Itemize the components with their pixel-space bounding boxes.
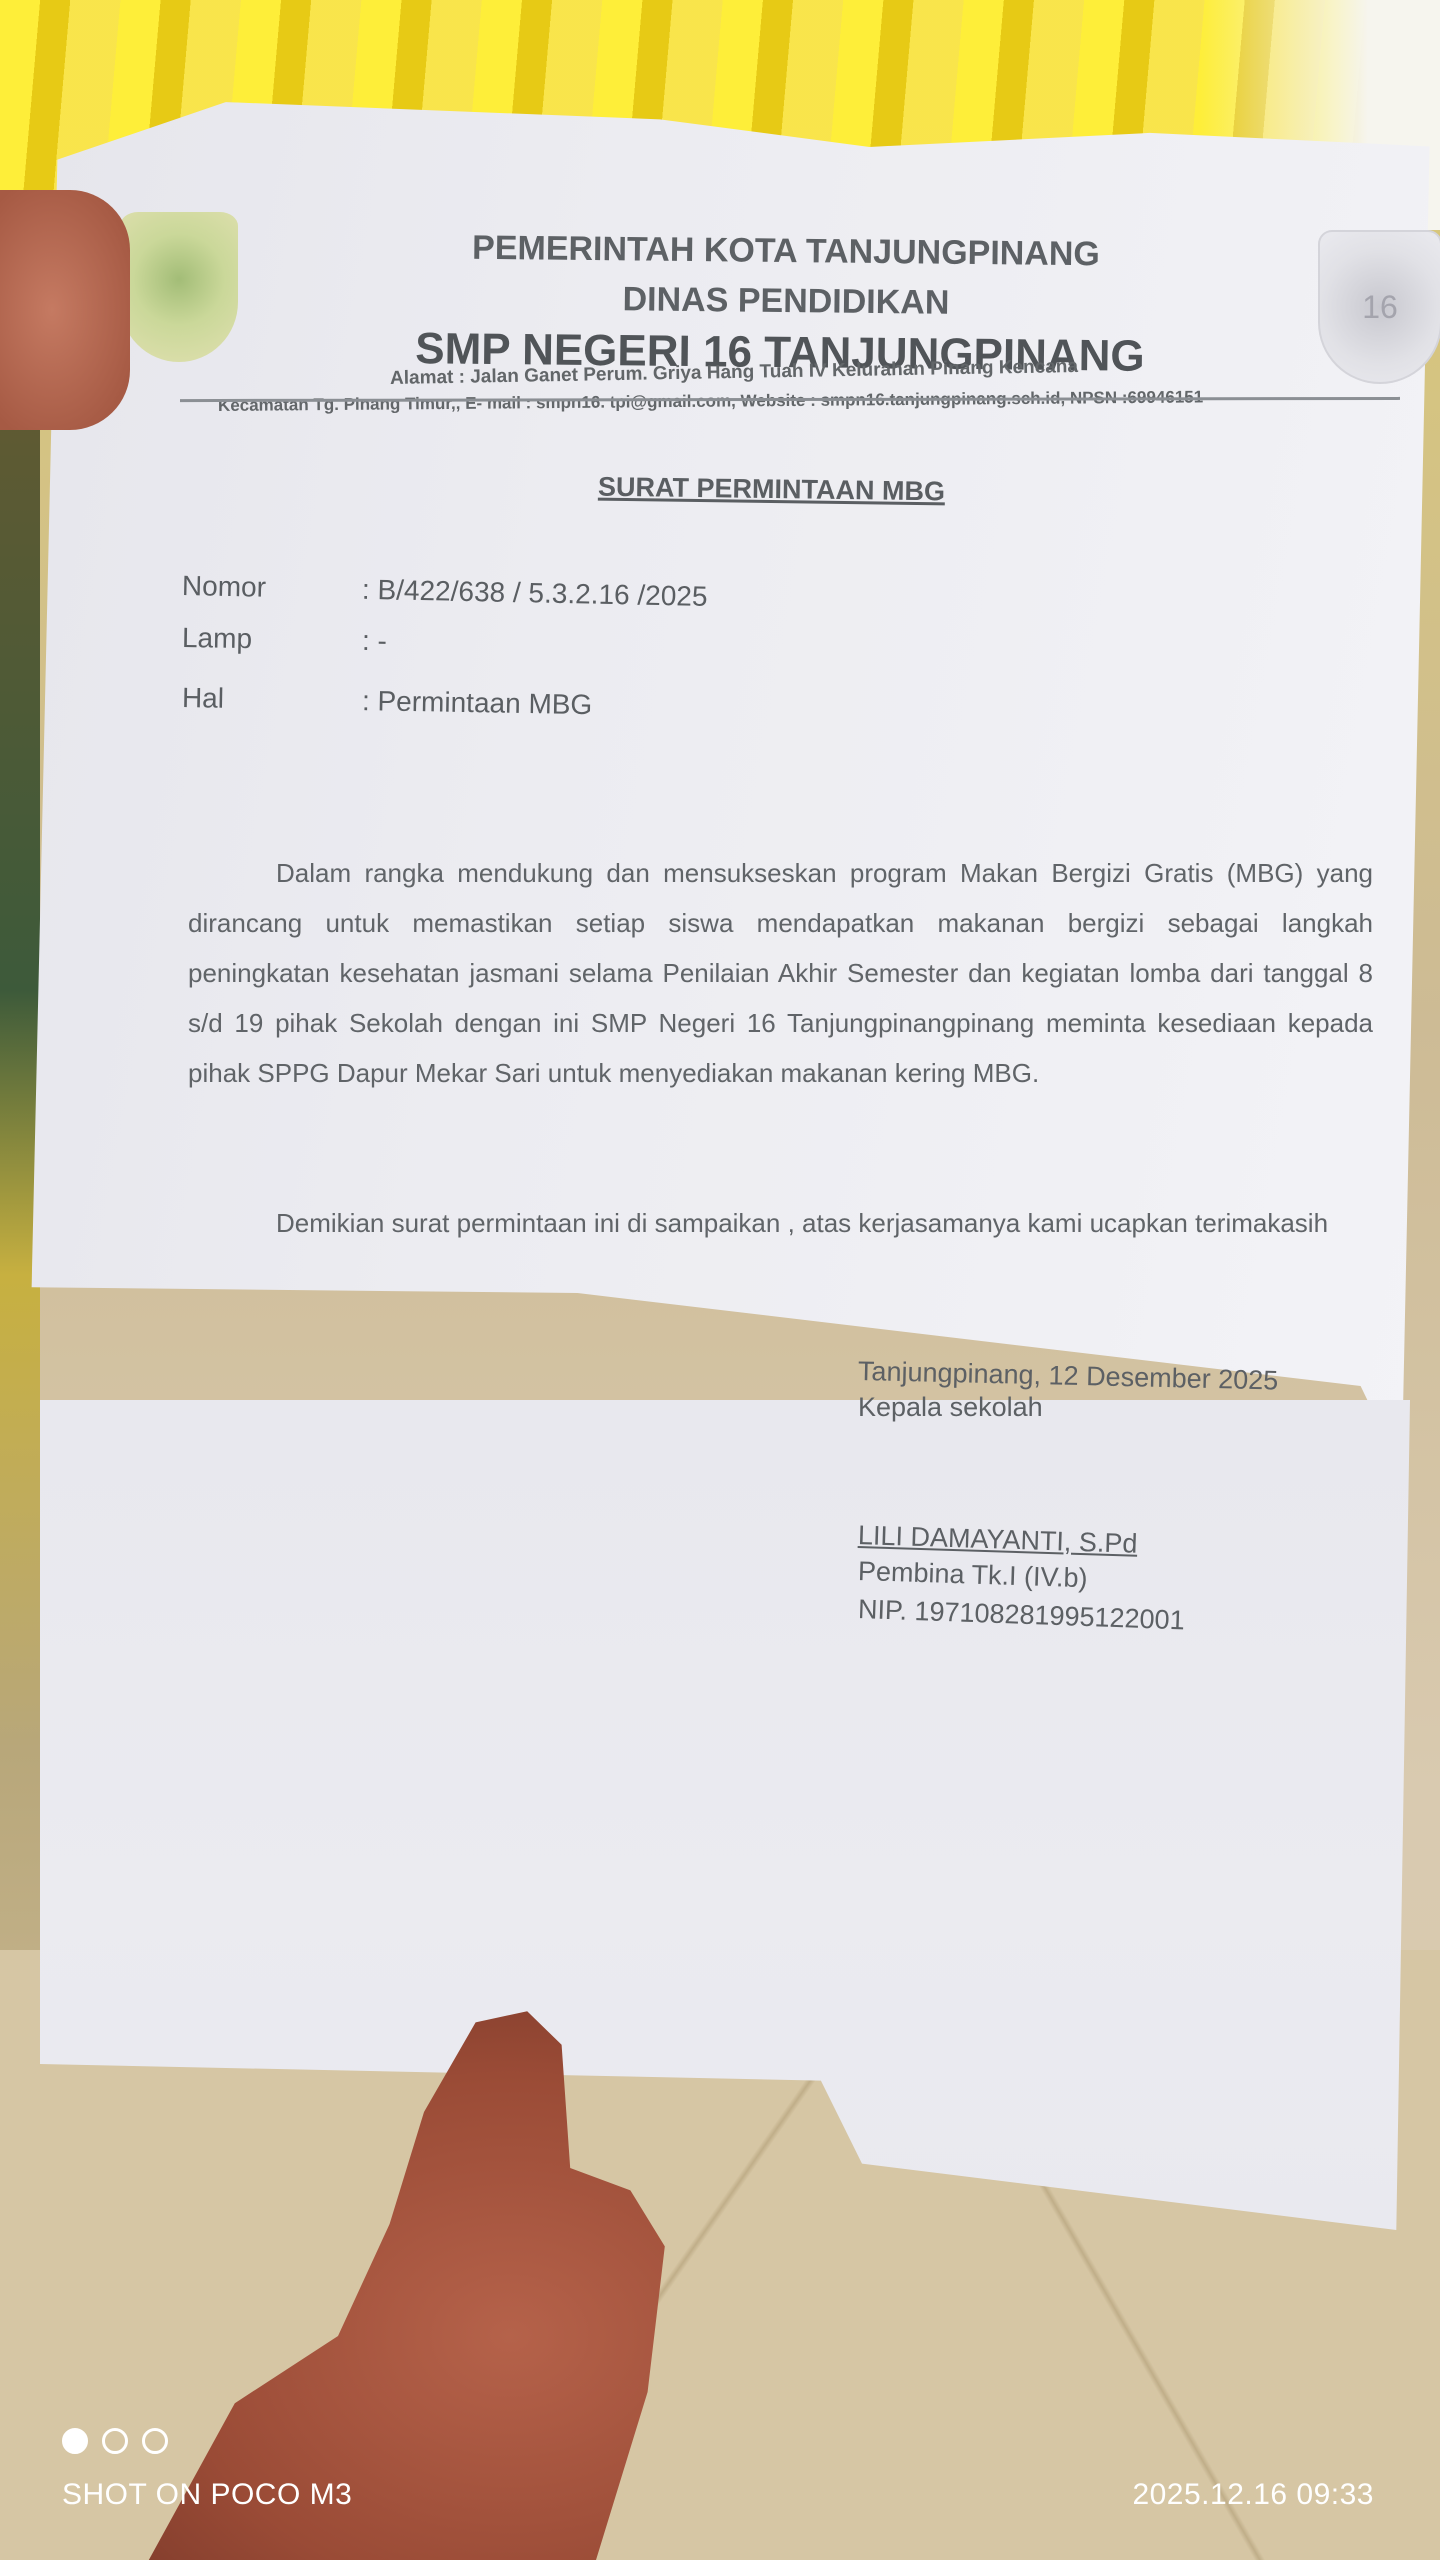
signature-place-date: Tanjungpinang, 12 Desember 2025 xyxy=(858,1356,1279,1397)
signature-nip: NIP. 197108281995122001 xyxy=(857,1594,1185,1636)
letter-document: 16 PEMERINTAH KOTA TANJUNGPINANG DINAS P… xyxy=(0,0,1440,2560)
meta-row-hal: Hal: Permintaan MBG xyxy=(182,682,593,721)
letter-title: SURAT PERMINTAAN MBG xyxy=(598,472,945,508)
signature-rank: Pembina Tk.I (IV.b) xyxy=(858,1556,1088,1594)
meta-label: Hal xyxy=(182,682,363,717)
signature-name: LILI DAMAYANTI, S.Pd xyxy=(858,1520,1138,1560)
letterhead-government: PEMERINTAH KOTA TANJUNGPINANG xyxy=(66,224,1440,278)
dot-filled-icon xyxy=(62,2428,88,2454)
body-paragraph-2-text: Demikian surat permintaan ini di sampaik… xyxy=(276,1208,1328,1238)
thumb-holding-paper xyxy=(0,190,130,430)
camera-watermark-timestamp: 2025.12.16 09:33 xyxy=(1132,2478,1374,2512)
meta-row-lamp: Lamp: - xyxy=(182,622,387,657)
signature-position: Kepala sekolah xyxy=(858,1392,1043,1423)
dot-outline-icon xyxy=(142,2428,168,2454)
body-paragraph-2: Demikian surat permintaan ini di sampaik… xyxy=(188,1198,1373,1248)
meta-value: : Permintaan MBG xyxy=(362,685,593,720)
meta-value: : - xyxy=(362,625,387,656)
meta-label: Nomor xyxy=(182,570,363,606)
letterhead-department: DINAS PENDIDIKAN xyxy=(66,274,1440,328)
camera-watermark-dots-icon xyxy=(62,2428,168,2454)
meta-label: Lamp xyxy=(182,622,362,657)
body-paragraph-1-text: Dalam rangka mendukung dan mensukseskan … xyxy=(188,858,1373,1088)
meta-row-nomor: Nomor: B/422/638 / 5.3.2.16 /2025 xyxy=(182,570,708,613)
dot-outline-icon xyxy=(102,2428,128,2454)
body-paragraph-1: Dalam rangka mendukung dan mensukseskan … xyxy=(188,848,1373,1098)
meta-value: : B/422/638 / 5.3.2.16 /2025 xyxy=(362,574,708,612)
camera-watermark-device: SHOT ON POCO M3 xyxy=(62,2478,352,2512)
